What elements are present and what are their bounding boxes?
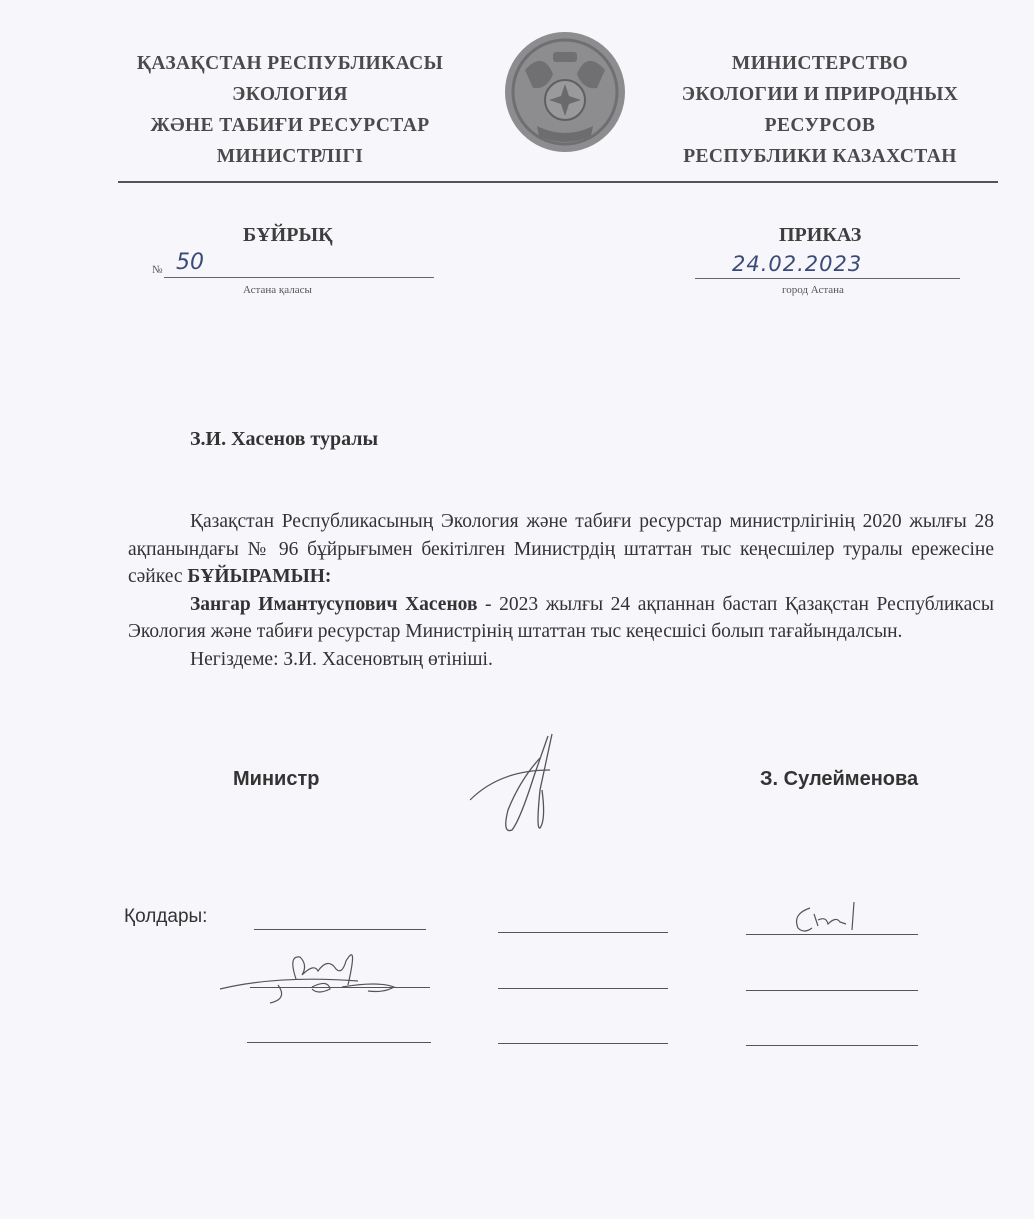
state-emblem-icon bbox=[503, 30, 627, 154]
header-ru-line: РЕСПУБЛИКИ КАЗАХСТАН bbox=[650, 141, 990, 172]
minister-signature-icon bbox=[460, 730, 580, 840]
header-kazakh: ҚАЗАҚСТАН РЕСПУБЛИКАСЫ ЭКОЛОГИЯ ЖӘНЕ ТАБ… bbox=[110, 48, 470, 172]
date-line bbox=[695, 278, 960, 279]
header-kz-line: ЖӘНЕ ТАБИҒИ РЕСУРСТАР bbox=[110, 110, 470, 141]
order-title-ru: ПРИКАЗ bbox=[779, 224, 861, 247]
visa-line bbox=[254, 929, 426, 930]
visa-line bbox=[746, 1045, 918, 1046]
visa-line bbox=[498, 932, 668, 933]
visa-signature-icon bbox=[218, 935, 418, 1007]
city-kz: Астана қаласы bbox=[243, 284, 312, 296]
header-kz-line: МИНИСТРЛІГІ bbox=[110, 141, 470, 172]
signer-name: З. Сулейменова bbox=[760, 768, 918, 791]
header-divider bbox=[118, 181, 998, 183]
header-kz-line: ЭКОЛОГИЯ bbox=[110, 79, 470, 110]
visa-line bbox=[498, 988, 668, 989]
header-ru-line: ЭКОЛОГИИ И ПРИРОДНЫХ bbox=[650, 79, 990, 110]
paragraph-appointment: Зангар Имантусупович Хасенов - 2023 жылғ… bbox=[128, 591, 994, 646]
visa-line bbox=[498, 1043, 668, 1044]
signer-position: Министр bbox=[233, 768, 319, 791]
visa-line bbox=[247, 1042, 431, 1043]
order-verb: БҰЙЫРАМЫН: bbox=[187, 566, 331, 587]
order-title-kz: БҰЙРЫҚ bbox=[243, 224, 333, 247]
number-label: № bbox=[152, 264, 163, 276]
number-line bbox=[164, 277, 434, 278]
order-document: ҚАЗАҚСТАН РЕСПУБЛИКАСЫ ЭКОЛОГИЯ ЖӘНЕ ТАБ… bbox=[0, 0, 1034, 1219]
paragraph-grounds: Негіздеме: З.И. Хасеновтың өтініші. bbox=[128, 646, 994, 674]
order-body: Қазақстан Республикасының Экология және … bbox=[128, 508, 994, 673]
appointee-name: Зангар Имантусупович Хасенов bbox=[190, 594, 477, 615]
visas-label: Қолдары: bbox=[124, 906, 207, 928]
visa-line bbox=[746, 990, 918, 991]
header-ru-line: РЕСУРСОВ bbox=[650, 110, 990, 141]
city-ru: город Астана bbox=[782, 284, 844, 296]
order-date: 24.02.2023 bbox=[732, 252, 862, 276]
grounds-text: Негіздеме: З.И. Хасеновтың өтініші. bbox=[190, 649, 493, 670]
header-kz-line: ҚАЗАҚСТАН РЕСПУБЛИКАСЫ bbox=[110, 48, 470, 79]
header-russian: МИНИСТЕРСТВО ЭКОЛОГИИ И ПРИРОДНЫХ РЕСУРС… bbox=[650, 48, 990, 172]
order-subject: З.И. Хасенов туралы bbox=[190, 428, 378, 451]
order-number: 50 bbox=[176, 250, 204, 275]
visa-signature-icon bbox=[788, 900, 868, 940]
header-ru-line: МИНИСТЕРСТВО bbox=[650, 48, 990, 79]
paragraph-basis: Қазақстан Республикасының Экология және … bbox=[128, 508, 994, 591]
